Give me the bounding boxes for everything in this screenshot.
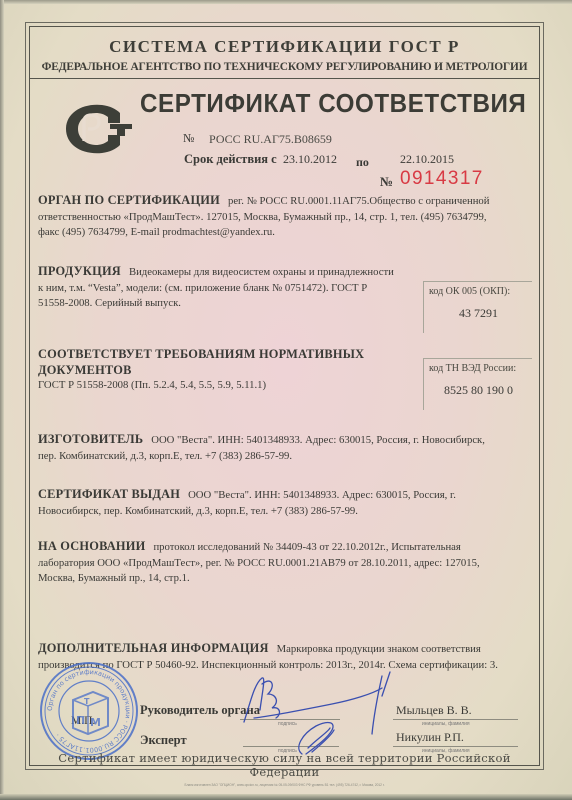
svg-text:П: П xyxy=(76,714,85,727)
okp-code-label: код ОК 005 (ОКП): xyxy=(429,286,510,297)
section-product: ПРОДУКЦИЯВидеокамеры для видеосистем охр… xyxy=(38,264,398,312)
valid-to-date: 22.10.2015 xyxy=(400,152,454,167)
expert-label: Эксперт xyxy=(140,733,187,748)
validity-label: Срок действия с xyxy=(184,152,277,167)
agency-name: ФЕДЕРАЛЬНОЕ АГЕНТСТВО ПО ТЕХНИЧЕСКОМУ РЕ… xyxy=(29,61,540,73)
section-text: ГОСТ Р 51558-2008 (Пп. 5.2.4, 5.4, 5.5, … xyxy=(38,379,266,391)
tnved-code-box: код ТН ВЭД России: 8525 80 190 0 xyxy=(423,358,532,410)
certificate-number-label: № xyxy=(183,131,194,146)
header-divider xyxy=(29,78,540,79)
handwritten-signatures-icon xyxy=(232,664,402,759)
valid-from-date: 23.10.2012 xyxy=(283,152,337,167)
section-heading: СООТВЕТСТВУЕТ ТРЕБОВАНИЯМ НОРМАТИВНЫХ ДО… xyxy=(38,347,410,378)
head-name-line xyxy=(393,719,518,720)
okp-code-box: код ОК 005 (ОКП): 43 7291 xyxy=(423,281,532,333)
section-manufacturer: ИЗГОТОВИТЕЛЬООО "Веста". ИНН: 5401348933… xyxy=(38,432,500,464)
section-issued-to: СЕРТИФИКАТ ВЫДАНООО "Веста". ИНН: 540134… xyxy=(38,487,500,519)
printer-fine-print: Бланк изготовлен ЗАО "ОПЦИОН", www.opcio… xyxy=(29,783,540,787)
paper-edge-left xyxy=(0,0,4,800)
okp-code-value: 43 7291 xyxy=(424,306,533,321)
blank-serial-number: 0914317 xyxy=(400,168,484,190)
section-heading: НА ОСНОВАНИИ xyxy=(38,539,145,553)
legal-notice: Сертификат имеет юридическую силу на все… xyxy=(29,751,540,779)
section-heading: ПРОДУКЦИЯ xyxy=(38,264,121,278)
section-heading: ОРГАН ПО СЕРТИФИКАЦИИ xyxy=(38,193,220,207)
paper-edge-top xyxy=(0,0,572,4)
system-title: СИСТЕМА СЕРТИФИКАЦИИ ГОСТ Р xyxy=(29,37,540,57)
expert-name-line xyxy=(393,746,518,747)
valid-to-label: по xyxy=(356,155,369,170)
tnved-code-label: код ТН ВЭД России: xyxy=(429,363,516,374)
organization-seal-stamp-icon: Орган по сертификации продукции · РОСС R… xyxy=(38,660,140,762)
section-certification-body: ОРГАН ПО СЕРТИФИКАЦИИрег. № РОСС RU.0001… xyxy=(38,193,500,241)
svg-text:Т: Т xyxy=(84,697,90,706)
document-title: СЕРТИФИКАТ СООТВЕТСТВИЯ xyxy=(140,88,526,119)
blank-number-label: № xyxy=(380,174,393,190)
rst-conformity-mark-icon xyxy=(64,103,134,155)
section-heading: ИЗГОТОВИТЕЛЬ xyxy=(38,432,143,446)
section-basis: НА ОСНОВАНИИпротокол исследований № 3440… xyxy=(38,539,500,587)
section-heading: ДОПОЛНИТЕЛЬНАЯ ИНФОРМАЦИЯ xyxy=(38,641,269,655)
svg-text:М: М xyxy=(90,716,101,729)
expert-name: Никулин Р.П. xyxy=(396,730,464,745)
section-heading: СЕРТИФИКАТ ВЫДАН xyxy=(38,487,180,501)
paper-edge-bottom xyxy=(0,794,572,800)
tnved-code-value: 8525 80 190 0 xyxy=(424,383,533,398)
head-name: Мыльцев В. В. xyxy=(396,703,472,718)
section-compliance: СООТВЕТСТВУЕТ ТРЕБОВАНИЯМ НОРМАТИВНЫХ ДО… xyxy=(38,347,418,394)
head-name-caption: инициалы, фамилия xyxy=(422,721,470,727)
certificate-number: РОСС RU.АГ75.В08659 xyxy=(209,132,332,147)
